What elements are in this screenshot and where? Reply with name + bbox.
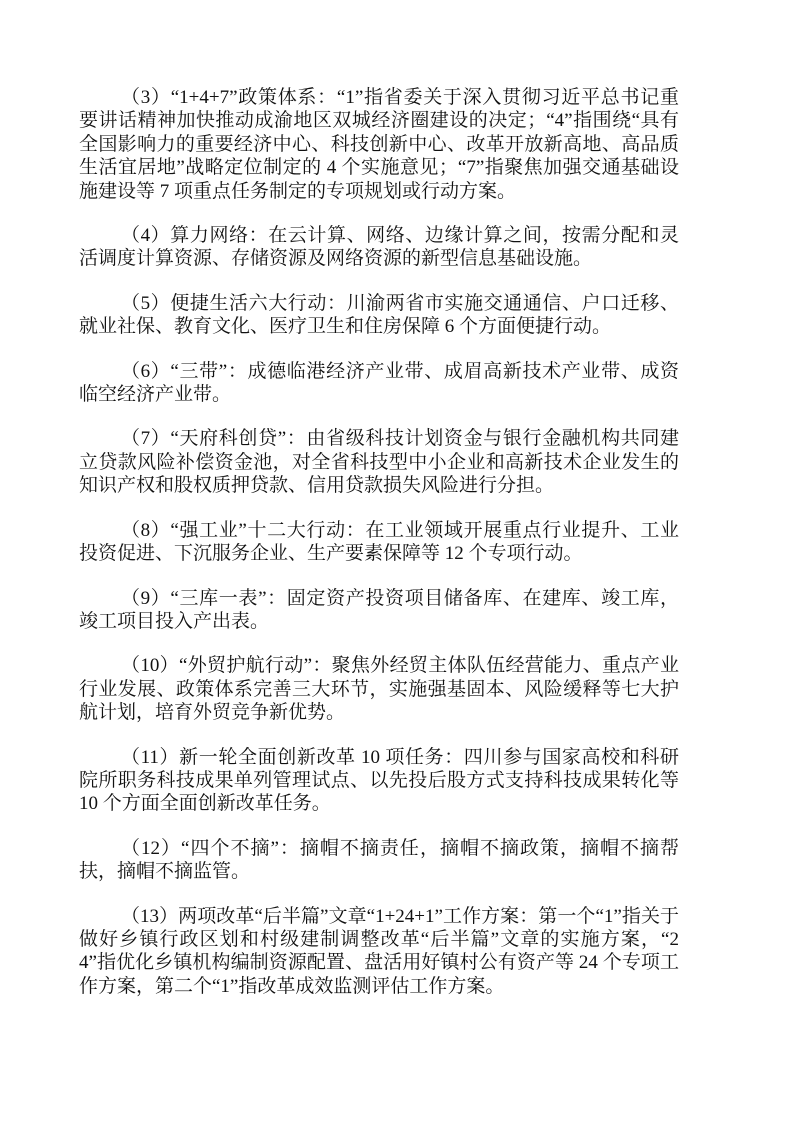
paragraph-11: （11）新一轮全面创新改革 10 项任务：四川参与国家高校和科研院所职务科技成果… (79, 746, 679, 816)
document-page: （3）“1+4+7”政策体系：“1”指省委关于深入贯彻习近平总书记重要讲话精神加… (0, 0, 793, 1122)
paragraph-6: （6）“三带”：成德临港经济产业带、成眉高新技术产业带、成资临空经济产业带。 (79, 360, 679, 407)
paragraph-8: （8）“强工业”十二大行动：在工业领域开展重点行业提升、工业投资促进、下沉服务企… (79, 519, 679, 566)
paragraph-12: （12）“四个不摘”：摘帽不摘责任，摘帽不摘政策，摘帽不摘帮扶，摘帽不摘监管。 (79, 837, 679, 884)
paragraph-10: （10）“外贸护航行动”：聚焦外经贸主体队伍经营能力、重点产业行业发展、政策体系… (79, 654, 679, 724)
paragraph-5: （5）便捷生活六大行动：川渝两省市实施交通通信、户口迁移、就业社保、教育文化、医… (79, 292, 679, 339)
document-content: （3）“1+4+7”政策体系：“1”指省委关于深入贯彻习近平总书记重要讲话精神加… (79, 86, 679, 1019)
paragraph-4: （4）算力网络：在云计算、网络、边缘计算之间，按需分配和灵活调度计算资源、存储资… (79, 224, 679, 271)
paragraph-9: （9）“三库一表”：固定资产投资项目储备库、在建库、竣工库，竣工项目投入产出表。 (79, 587, 679, 634)
paragraph-7: （7）“天府科创贷”：由省级科技计划资金与银行金融机构共同建立贷款风险补偿资金池… (79, 427, 679, 497)
paragraph-13: （13）两项改革“后半篇”文章“1+24+1”工作方案：第一个“1”指关于做好乡… (79, 905, 679, 999)
paragraph-3: （3）“1+4+7”政策体系：“1”指省委关于深入贯彻习近平总书记重要讲话精神加… (79, 86, 679, 203)
